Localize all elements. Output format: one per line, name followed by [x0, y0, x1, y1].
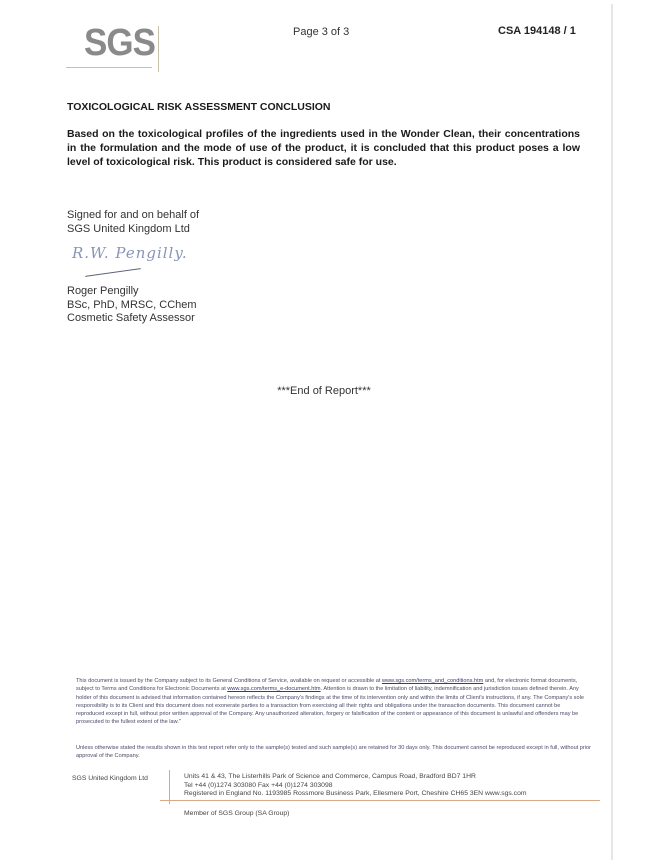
company-address: Units 41 & 43, The Listerhills Park of S… — [184, 773, 527, 799]
address-line-1: Units 41 & 43, The Listerhills Park of S… — [184, 773, 527, 782]
signed-line-2: SGS United Kingdom Ltd — [67, 222, 199, 236]
conclusion-paragraph: Based on the toxicological profiles of t… — [67, 127, 580, 169]
address-line-3: Registered in England No. 1193985 Rossmo… — [184, 790, 527, 799]
signatory-role: Cosmetic Safety Assessor — [67, 312, 197, 326]
address-rule-vertical — [169, 770, 170, 804]
end-of-report: ***End of Report*** — [0, 385, 668, 397]
company-name: SGS United Kingdom Ltd — [72, 775, 148, 782]
page-number: Page 3 of 3 — [293, 26, 349, 38]
address-line-2: Tel +44 (0)1274 303080 Fax +44 (0)1274 3… — [184, 782, 527, 791]
signatory-qualifications: BSc, PhD, MRSC, CChem — [67, 299, 197, 313]
signatory-block: Roger Pengilly BSc, PhD, MRSC, CChem Cos… — [67, 285, 197, 326]
results-note: Unless otherwise stated the results show… — [76, 744, 596, 761]
signatory-name: Roger Pengilly — [67, 285, 197, 299]
logo-rule-horizontal — [66, 67, 152, 68]
signature-underline — [85, 268, 141, 277]
logo-rule-vertical — [158, 26, 159, 72]
handwritten-signature: R.W. Pengilly. — [72, 244, 188, 262]
section-title: TOXICOLOGICAL RISK ASSESSMENT CONCLUSION — [67, 101, 331, 113]
edocument-terms-link[interactable]: www.sgs.com/terms_e-document.htm — [227, 686, 320, 692]
legal-disclaimer: This document is issued by the Company s… — [76, 677, 586, 727]
disclaimer-text-1: This document is issued by the Company s… — [76, 678, 382, 684]
sgs-logo: SGS — [84, 22, 155, 65]
address-rule-horizontal — [160, 800, 600, 801]
signed-on-behalf: Signed for and on behalf of SGS United K… — [67, 208, 199, 236]
terms-link[interactable]: www.sgs.com/terms_and_conditions.htm — [382, 678, 483, 684]
group-membership: Member of SGS Group (SA Group) — [184, 810, 289, 817]
end-of-report-text: ***End of Report*** — [277, 385, 371, 397]
page-edge — [611, 4, 613, 860]
signed-line-1: Signed for and on behalf of — [67, 208, 199, 222]
report-reference: CSA 194148 / 1 — [498, 25, 576, 37]
